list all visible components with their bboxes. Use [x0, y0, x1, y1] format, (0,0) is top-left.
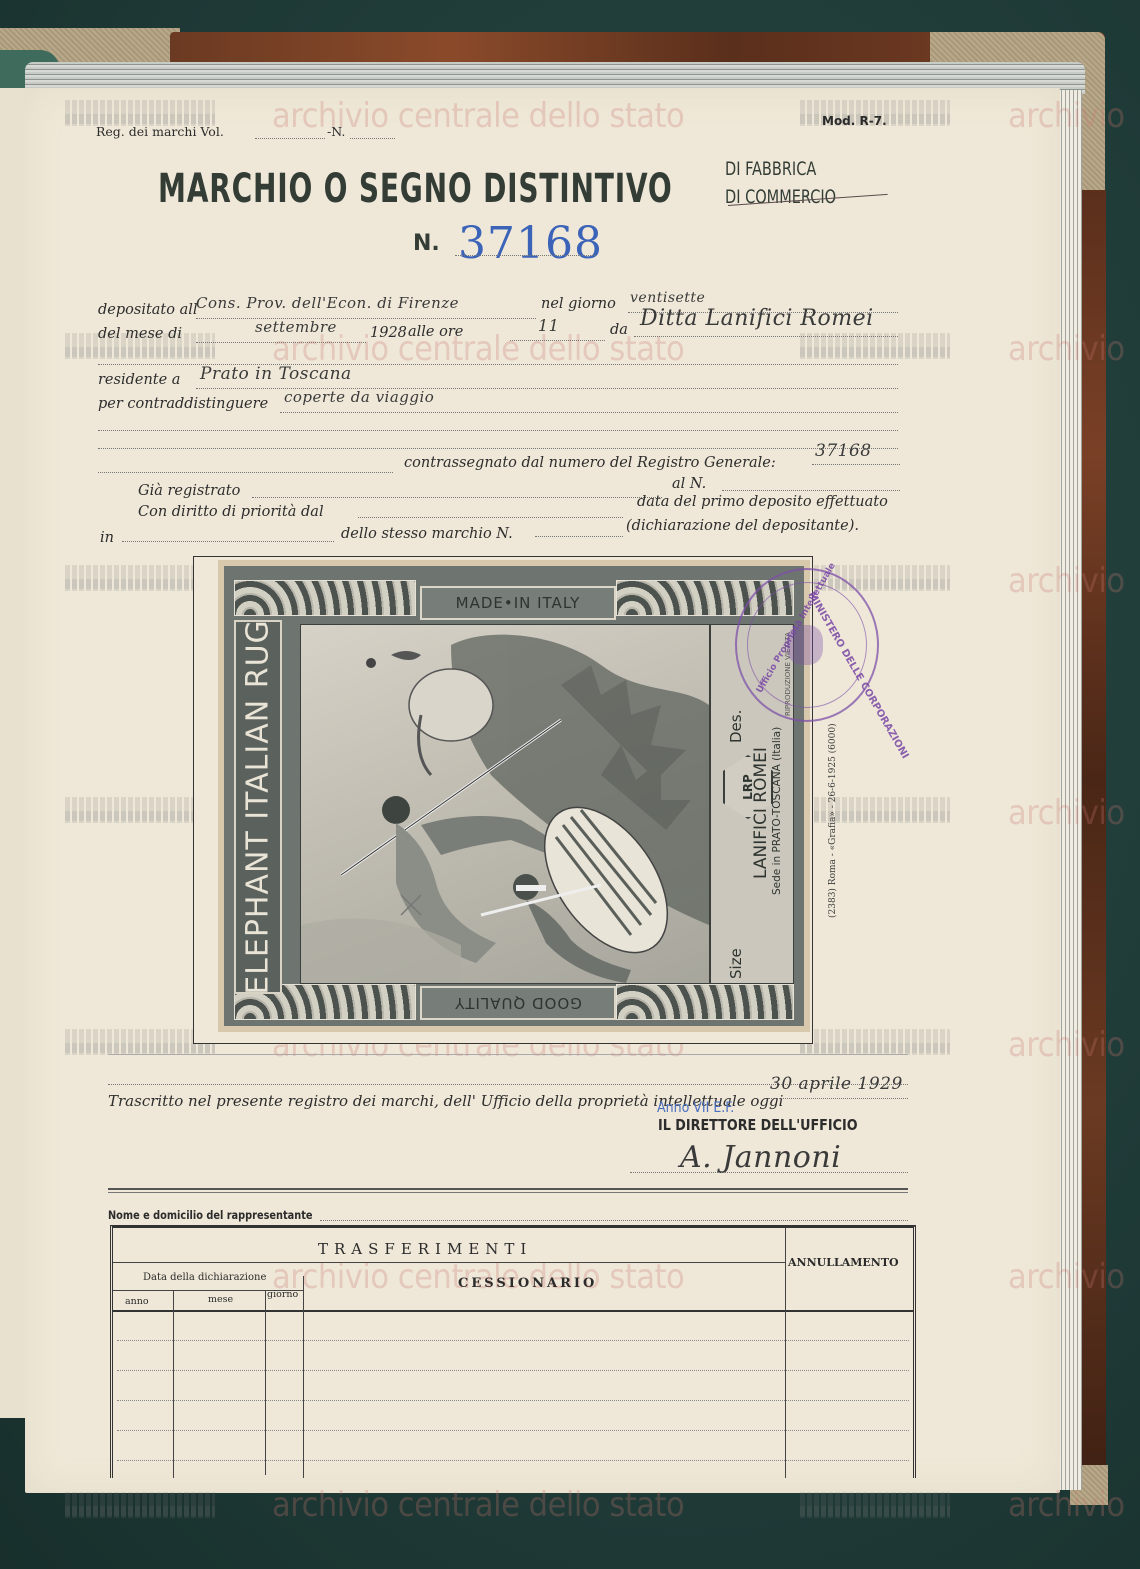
wave-ornament: [616, 984, 794, 1020]
day-label: nel giorno: [541, 296, 616, 312]
line: [98, 448, 898, 449]
illustration-scene: [300, 624, 710, 984]
double-divider: [108, 1188, 908, 1190]
col-giorno: giorno: [267, 1289, 298, 1300]
line: [510, 340, 605, 341]
good-quality-banner: GOOD QUALITY: [420, 986, 616, 1020]
watermark-text: archivio: [1008, 793, 1125, 833]
type-fabbrica: DI FABBRICA: [725, 158, 816, 180]
director-label: IL DIRETTORE DELL'UFFICIO: [658, 1116, 858, 1134]
date-group-header: Data della dichiarazione: [143, 1272, 266, 1283]
month-value: settembre: [255, 318, 337, 336]
brand-side-banner: ELEPHANT ITALIAN RUG: [234, 620, 282, 994]
company-name: LANIFICI ROMEI: [751, 747, 771, 879]
registration-number-stamp: 37168: [458, 218, 603, 269]
in-label: in: [100, 530, 114, 546]
already-registered-label: Già registrato: [138, 483, 240, 499]
representative-field: [320, 1220, 908, 1221]
brand-name-text: ELEPHANT ITALIAN RUG: [241, 619, 276, 995]
line: [812, 464, 900, 465]
first-deposit-label: data del primo deposito effettuato: [637, 494, 888, 510]
general-register-label: contrassegnato dal numero del Registro G…: [404, 455, 776, 471]
hour-value: 11: [538, 316, 559, 335]
model-label: Mod. R-7.: [822, 114, 887, 128]
wave-ornament: [234, 580, 416, 616]
general-register-value: 37168: [815, 441, 872, 461]
same-mark-label: dello stesso marchio N.: [341, 526, 513, 542]
signature-line: [630, 1172, 908, 1173]
line: [634, 336, 898, 337]
line: [196, 342, 366, 343]
line: [280, 412, 898, 413]
watermark-text: archivio: [1008, 329, 1125, 369]
applicant-value: Ditta Lanifici Romei: [640, 306, 874, 331]
line: [196, 318, 536, 319]
watermark-text: archivio: [1008, 96, 1125, 136]
size-label: Size: [727, 948, 745, 979]
reg-number-field: [350, 138, 395, 139]
deposited-label: depositato all: [98, 302, 198, 318]
era-stamp: Anno VII E.F.: [657, 1100, 734, 1116]
in-field: [122, 541, 334, 542]
book-cover-edge: [1080, 190, 1106, 1500]
col-mese: mese: [208, 1294, 233, 1305]
representative-label: Nome e domicilio del rappresentante: [108, 1208, 313, 1222]
divider: [108, 1054, 908, 1055]
col-cessionario: CESSIONARIO: [458, 1276, 597, 1291]
watermark-text: archivio: [1008, 1485, 1125, 1525]
resident-label: residente a: [98, 372, 180, 388]
trademark-label-image: MADE•IN ITALY GOOD QUALITY ELEPHANT ITAL…: [218, 560, 810, 1032]
same-mark-field: [535, 536, 623, 537]
day-value: ventisette: [630, 290, 705, 306]
hour-label: alle ore: [408, 324, 463, 340]
resident-value: Prato in Toscana: [200, 364, 352, 384]
priority-label: Con diritto di priorità dal: [138, 504, 324, 520]
col-anno: anno: [125, 1296, 149, 1307]
transcription-date: 30 aprile 1929: [770, 1074, 903, 1094]
purpose-label: per contraddistinguere: [98, 396, 268, 412]
transfers-title: TRASFERIMENTI: [318, 1240, 532, 1258]
month-label: del mese di: [98, 326, 182, 342]
line: [98, 430, 898, 431]
company-seat: Sede in PRATO-TOSCANA (Italia): [771, 727, 783, 895]
declaration-label: (dichiarazione del depositante).: [626, 518, 859, 534]
line: [98, 472, 393, 473]
watermark-text: archivio centrale dello stato: [272, 1485, 684, 1525]
watermark-text: archivio: [1008, 561, 1125, 601]
deposited-at-value: Cons. Prov. dell'Econ. di Firenze: [196, 294, 459, 312]
line: [768, 1098, 908, 1099]
already-registered-field: [252, 497, 662, 498]
document-title: MARCHIO O SEGNO DISTINTIVO: [158, 166, 673, 212]
printer-note: (2383) Roma - «Grafia» - 26-6-1925 (6000…: [828, 723, 838, 918]
reg-label: Reg. dei marchi Vol.: [96, 124, 224, 139]
number-field-line: [455, 255, 595, 256]
watermark-text: archivio: [1008, 1025, 1125, 1065]
purpose-value: coperte da viaggio: [284, 388, 434, 406]
transfers-table: TRASFERIMENTI Data della dichiarazione a…: [110, 1225, 916, 1478]
number-label: N.: [413, 231, 440, 256]
watermark-text: archivio: [1008, 1257, 1125, 1297]
ministry-stamp: MINISTERO DELLE CORPORAZIONI Ufficio Pro…: [735, 568, 879, 722]
reg-volume-field: [255, 138, 325, 139]
by-label: da: [610, 322, 628, 338]
made-in-italy-text: MADE•IN ITALY: [456, 594, 581, 612]
made-in-italy-banner: MADE•IN ITALY: [420, 586, 616, 620]
emblem-icon: [787, 625, 823, 665]
al-n-label: al N.: [672, 476, 706, 492]
priority-field: [358, 517, 623, 518]
al-n-field: [722, 490, 900, 491]
double-divider: [108, 1192, 908, 1193]
year-value: 1928: [370, 325, 407, 341]
des-label: Des.: [727, 710, 745, 743]
reg-n-label: -N.: [327, 124, 345, 139]
warrior-elephant-illustration: [301, 625, 709, 983]
col-annullamento: ANNULLAMENTO: [788, 1256, 899, 1269]
director-signature: A. Jannoni: [680, 1140, 841, 1175]
good-quality-text: GOOD QUALITY: [454, 994, 582, 1012]
